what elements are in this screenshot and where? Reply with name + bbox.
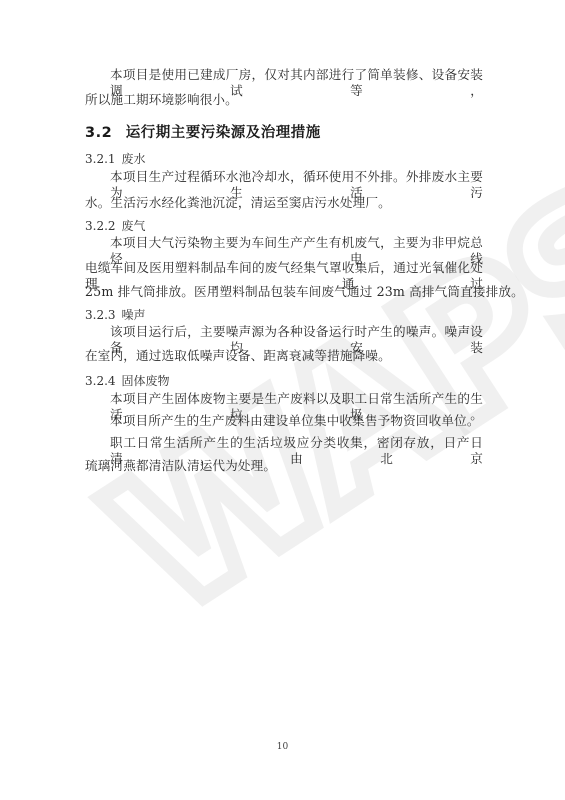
paragraph-line: 本项目所产生的生产废料由建设单位集中收集售予物资回收单位。 [110,413,483,429]
section-number: 3.2 [85,125,112,141]
subsection-heading-exhaust-gas: 3.2.2废气 [85,217,146,234]
intro-line-2: 所以施工期环境影响很小。 [85,92,483,108]
subsection-title: 噪声 [122,308,146,322]
paragraph-line: 琉璃河燕都清洁队清运代为处理。 [85,458,483,474]
paragraph-line: 在室内，通过选取低噪声设备、距离衰减等措施降噪。 [85,348,483,364]
subsection-number: 3.2.2 [85,219,116,233]
paragraph-line: 25m 排气筒排放。医用塑料制品包装车间废气通过 23m 高排气筒直接排放。 [85,284,483,300]
subsection-number: 3.2.3 [85,308,116,322]
section-title: 运行期主要污染源及治理措施 [126,125,321,141]
paragraph-line: 水。生活污水经化粪池沉淀，清运至窦店污水处理厂。 [85,195,483,211]
subsection-title: 废气 [122,219,146,233]
document-page: WAPS 本项目是使用已建成厂房，仅对其内部进行了简单装修、设备安装调试等， 所… [0,0,565,800]
subsection-title: 固体废物 [122,374,170,388]
page-number: 10 [0,742,565,752]
subsection-number: 3.2.4 [85,374,116,388]
subsection-heading-wastewater: 3.2.1废水 [85,150,146,167]
subsection-heading-solid-waste: 3.2.4固体废物 [85,372,170,389]
section-heading: 3.2 运行期主要污染源及治理措施 [85,121,321,142]
subsection-heading-noise: 3.2.3噪声 [85,306,146,323]
subsection-title: 废水 [122,152,146,166]
subsection-number: 3.2.1 [85,152,116,166]
